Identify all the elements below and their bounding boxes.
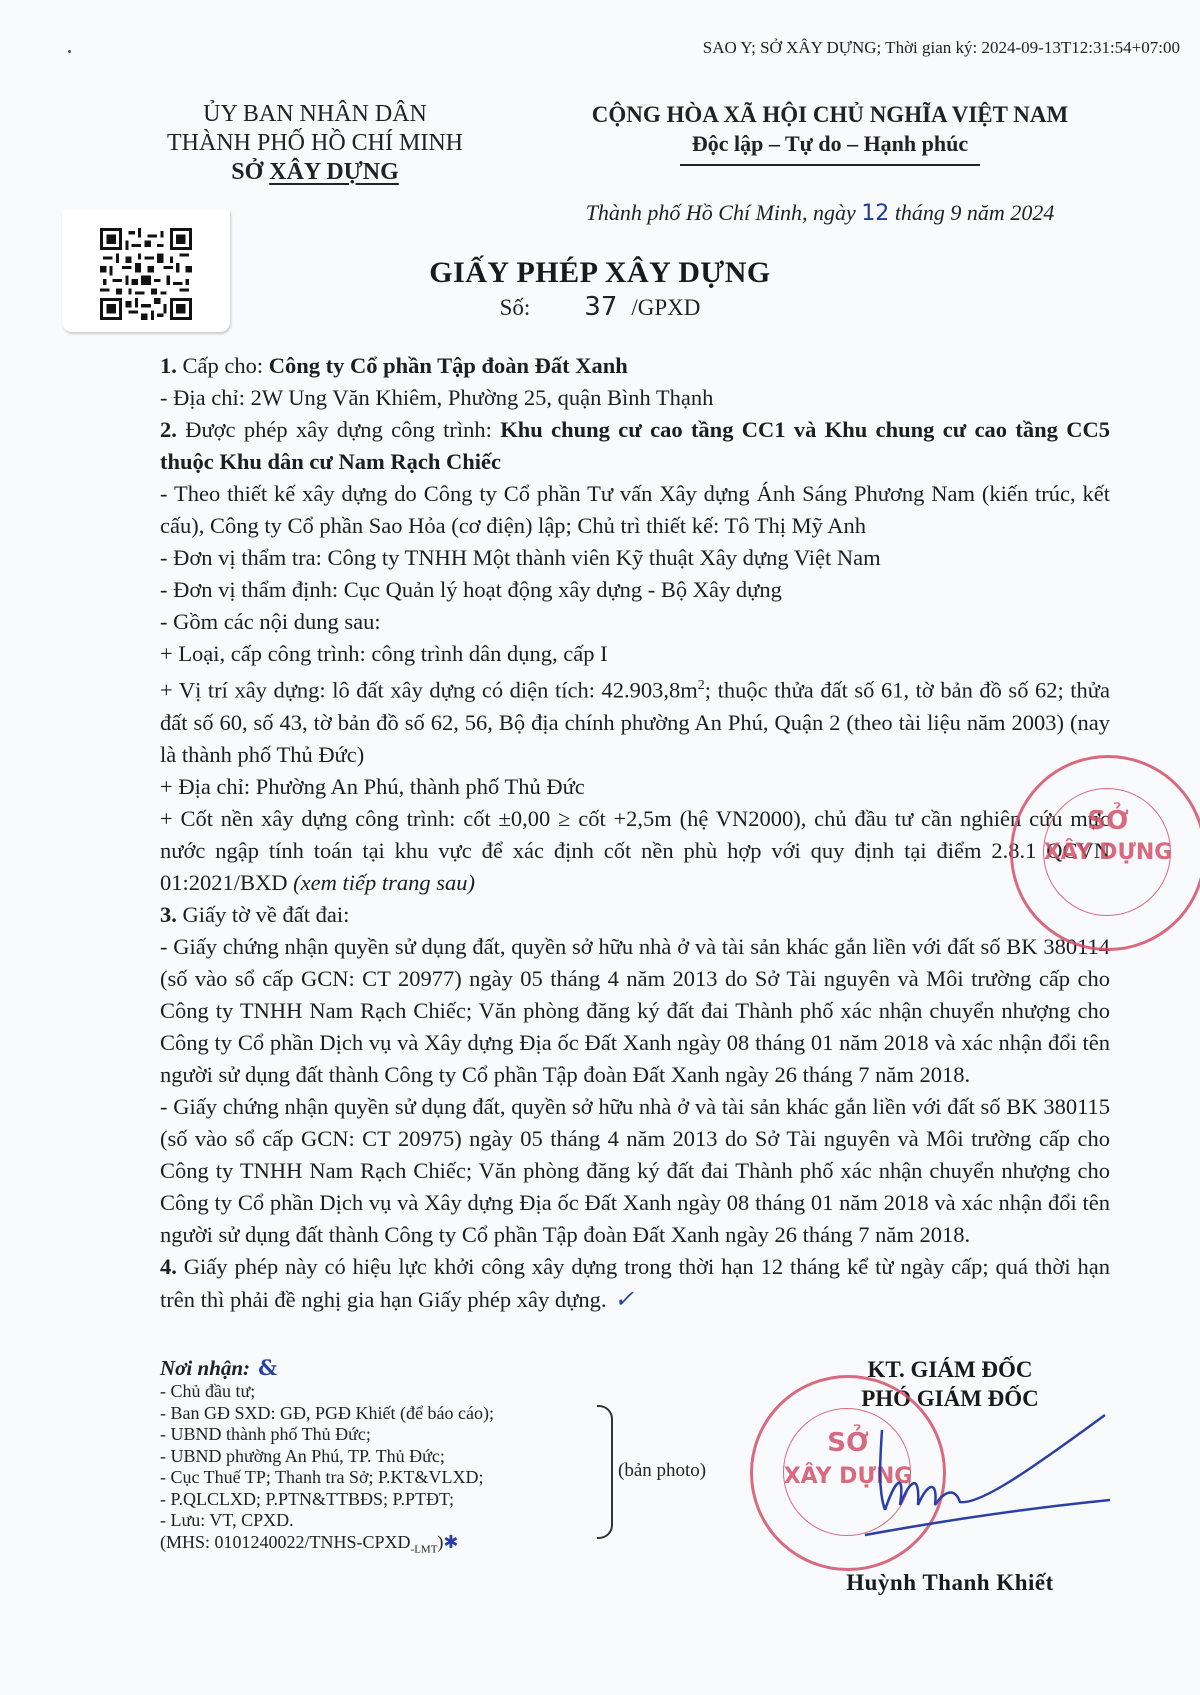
section-1: 1. Cấp cho: Công ty Cổ phần Tập đoàn Đất… bbox=[160, 350, 1110, 382]
continued-note: (xem tiếp trang sau) bbox=[293, 870, 475, 895]
seal-text-line-2: XÂY DỰNG bbox=[1013, 840, 1200, 865]
national-motto: Độc lập – Tự do – Hạnh phúc bbox=[560, 129, 1100, 158]
recipients-heading-text: Nơi nhận: bbox=[160, 1356, 250, 1380]
recipients-list: - Chủ đầu tư; - Ban GĐ SXD: GĐ, PGĐ Khiế… bbox=[160, 1381, 760, 1532]
seal-stamp-margin: SỞ XÂY DỰNG bbox=[1010, 755, 1200, 951]
national-header: CỘNG HÒA XÃ HỘI CHỦ NGHĨA VIỆT NAM Độc l… bbox=[560, 100, 1100, 166]
grantee-address: - Địa chỉ: 2W Ung Văn Khiêm, Phường 25, … bbox=[160, 382, 1110, 414]
section-label: Được phép xây dựng công trình: bbox=[177, 417, 500, 442]
section-number: 2. bbox=[160, 417, 177, 442]
file-code-text: (MHS: 0101240022/TNHS-CPXD bbox=[160, 1532, 411, 1552]
building-type: + Loại, cấp công trình: công trình dân d… bbox=[160, 638, 1110, 670]
dept-prefix: SỞ bbox=[231, 159, 269, 185]
brace-label: (bản photo) bbox=[618, 1460, 706, 1482]
building-address: + Địa chỉ: Phường An Phú, thành phố Thủ … bbox=[160, 771, 1110, 803]
location-text: + Vị trí xây dựng: lô đất xây dựng có di… bbox=[160, 678, 698, 703]
recipients-heading: Nơi nhận:& bbox=[160, 1355, 760, 1381]
handwritten-signature-icon bbox=[860, 1410, 1110, 1550]
signer-name: Huỳnh Thanh Khiết bbox=[780, 1570, 1120, 1596]
place-date-suffix: tháng 9 năm 2024 bbox=[889, 200, 1054, 225]
motto-underline bbox=[680, 164, 980, 166]
document-number: Số:37/GPXD bbox=[0, 292, 1200, 322]
handwritten-mark-icon: ✱ bbox=[443, 1532, 458, 1553]
grantee-name: Công ty Cổ phần Tập đoàn Đất Xanh bbox=[269, 353, 628, 378]
recipient-item: - P.QLCLXD; P.PTN&TTBĐS; P.PTĐT; bbox=[160, 1489, 760, 1511]
verifier-info: - Đơn vị thẩm tra: Công ty TNHH Một thàn… bbox=[160, 542, 1110, 574]
design-info: - Theo thiết kế xây dựng do Công ty Cổ p… bbox=[160, 478, 1110, 542]
right-brace-icon bbox=[597, 1405, 613, 1539]
initial-mark-icon: ✓ bbox=[606, 1285, 634, 1313]
issuer-line-1: ỦY BAN NHÂN DÂN bbox=[140, 100, 490, 129]
recipients-block: Nơi nhận:& - Chủ đầu tư; - Ban GĐ SXD: G… bbox=[160, 1355, 760, 1561]
place-date-prefix: Thành phố Hồ Chí Minh, ngày bbox=[586, 200, 862, 225]
area-unit-sup: 2 bbox=[698, 678, 705, 693]
section-number: 4. bbox=[160, 1254, 177, 1279]
number-label: Số: bbox=[500, 295, 531, 320]
place-date: Thành phố Hồ Chí Minh, ngày 12 tháng 9 n… bbox=[540, 200, 1100, 226]
recipient-item: - UBND thành phố Thủ Đức; bbox=[160, 1424, 760, 1446]
section-number: 1. bbox=[160, 353, 177, 378]
handwritten-day: 12 bbox=[861, 201, 889, 226]
land-certificate-2: - Giấy chứng nhận quyền sử dụng đất, quy… bbox=[160, 1091, 1110, 1251]
document-body: 1. Cấp cho: Công ty Cổ phần Tập đoàn Đất… bbox=[160, 350, 1110, 1316]
scan-speck bbox=[68, 50, 71, 53]
section-3: 3. Giấy tờ về đất đai: bbox=[160, 899, 1110, 931]
land-certificate-1: - Giấy chứng nhận quyền sử dụng đất, quy… bbox=[160, 931, 1110, 1091]
recipient-item: - Ban GĐ SXD: GĐ, PGĐ Khiết (để báo cáo)… bbox=[160, 1403, 760, 1425]
document-title: GIẤY PHÉP XÂY DỰNG bbox=[0, 256, 1200, 290]
section-2: 2. Được phép xây dựng công trình: Khu ch… bbox=[160, 414, 1110, 478]
number-suffix: /GPXD bbox=[631, 295, 700, 320]
issuer-department: SỞ XÂY DỰNG bbox=[140, 158, 490, 187]
issuer-line-2: THÀNH PHỐ HỒ CHÍ MINH bbox=[140, 129, 490, 158]
issuer-header: ỦY BAN NHÂN DÂN THÀNH PHỐ HỒ CHÍ MINH SỞ… bbox=[140, 100, 490, 187]
validity-text: Giấy phép này có hiệu lực khởi công xây … bbox=[160, 1254, 1110, 1312]
handwritten-initial-icon: & bbox=[258, 1355, 277, 1380]
recipient-item: - Chủ đầu tư; bbox=[160, 1381, 760, 1403]
section-4: 4. Giấy phép này có hiệu lực khởi công x… bbox=[160, 1251, 1110, 1316]
number-value: 37 bbox=[584, 292, 617, 322]
dept-name: XÂY DỰNG bbox=[269, 159, 399, 185]
contents-heading: - Gồm các nội dung sau: bbox=[160, 606, 1110, 638]
digital-signature-stamp: SAO Y; SỞ XÂY DỰNG; Thời gian ký: 2024-0… bbox=[0, 38, 1180, 58]
country-name: CỘNG HÒA XÃ HỘI CHỦ NGHĨA VIỆT NAM bbox=[560, 100, 1100, 129]
file-code-sub: -LMT bbox=[411, 1543, 438, 1555]
seal-text-line-1: SỞ bbox=[1013, 806, 1200, 836]
file-code: (MHS: 0101240022/TNHS-CPXD-LMT)✱ bbox=[160, 1532, 760, 1561]
section-number: 3. bbox=[160, 902, 177, 927]
recipient-item: - Lưu: VT, CPXD. bbox=[160, 1510, 760, 1532]
building-location: + Vị trí xây dựng: lô đất xây dựng có di… bbox=[160, 670, 1110, 771]
appraiser-info: - Đơn vị thẩm định: Cục Quản lý hoạt độn… bbox=[160, 574, 1110, 606]
foundation-elevation: + Cốt nền xây dựng công trình: cốt ±0,00… bbox=[160, 803, 1110, 899]
section-label: Giấy tờ về đất đai: bbox=[177, 902, 349, 927]
section-label: Cấp cho: bbox=[177, 353, 269, 378]
